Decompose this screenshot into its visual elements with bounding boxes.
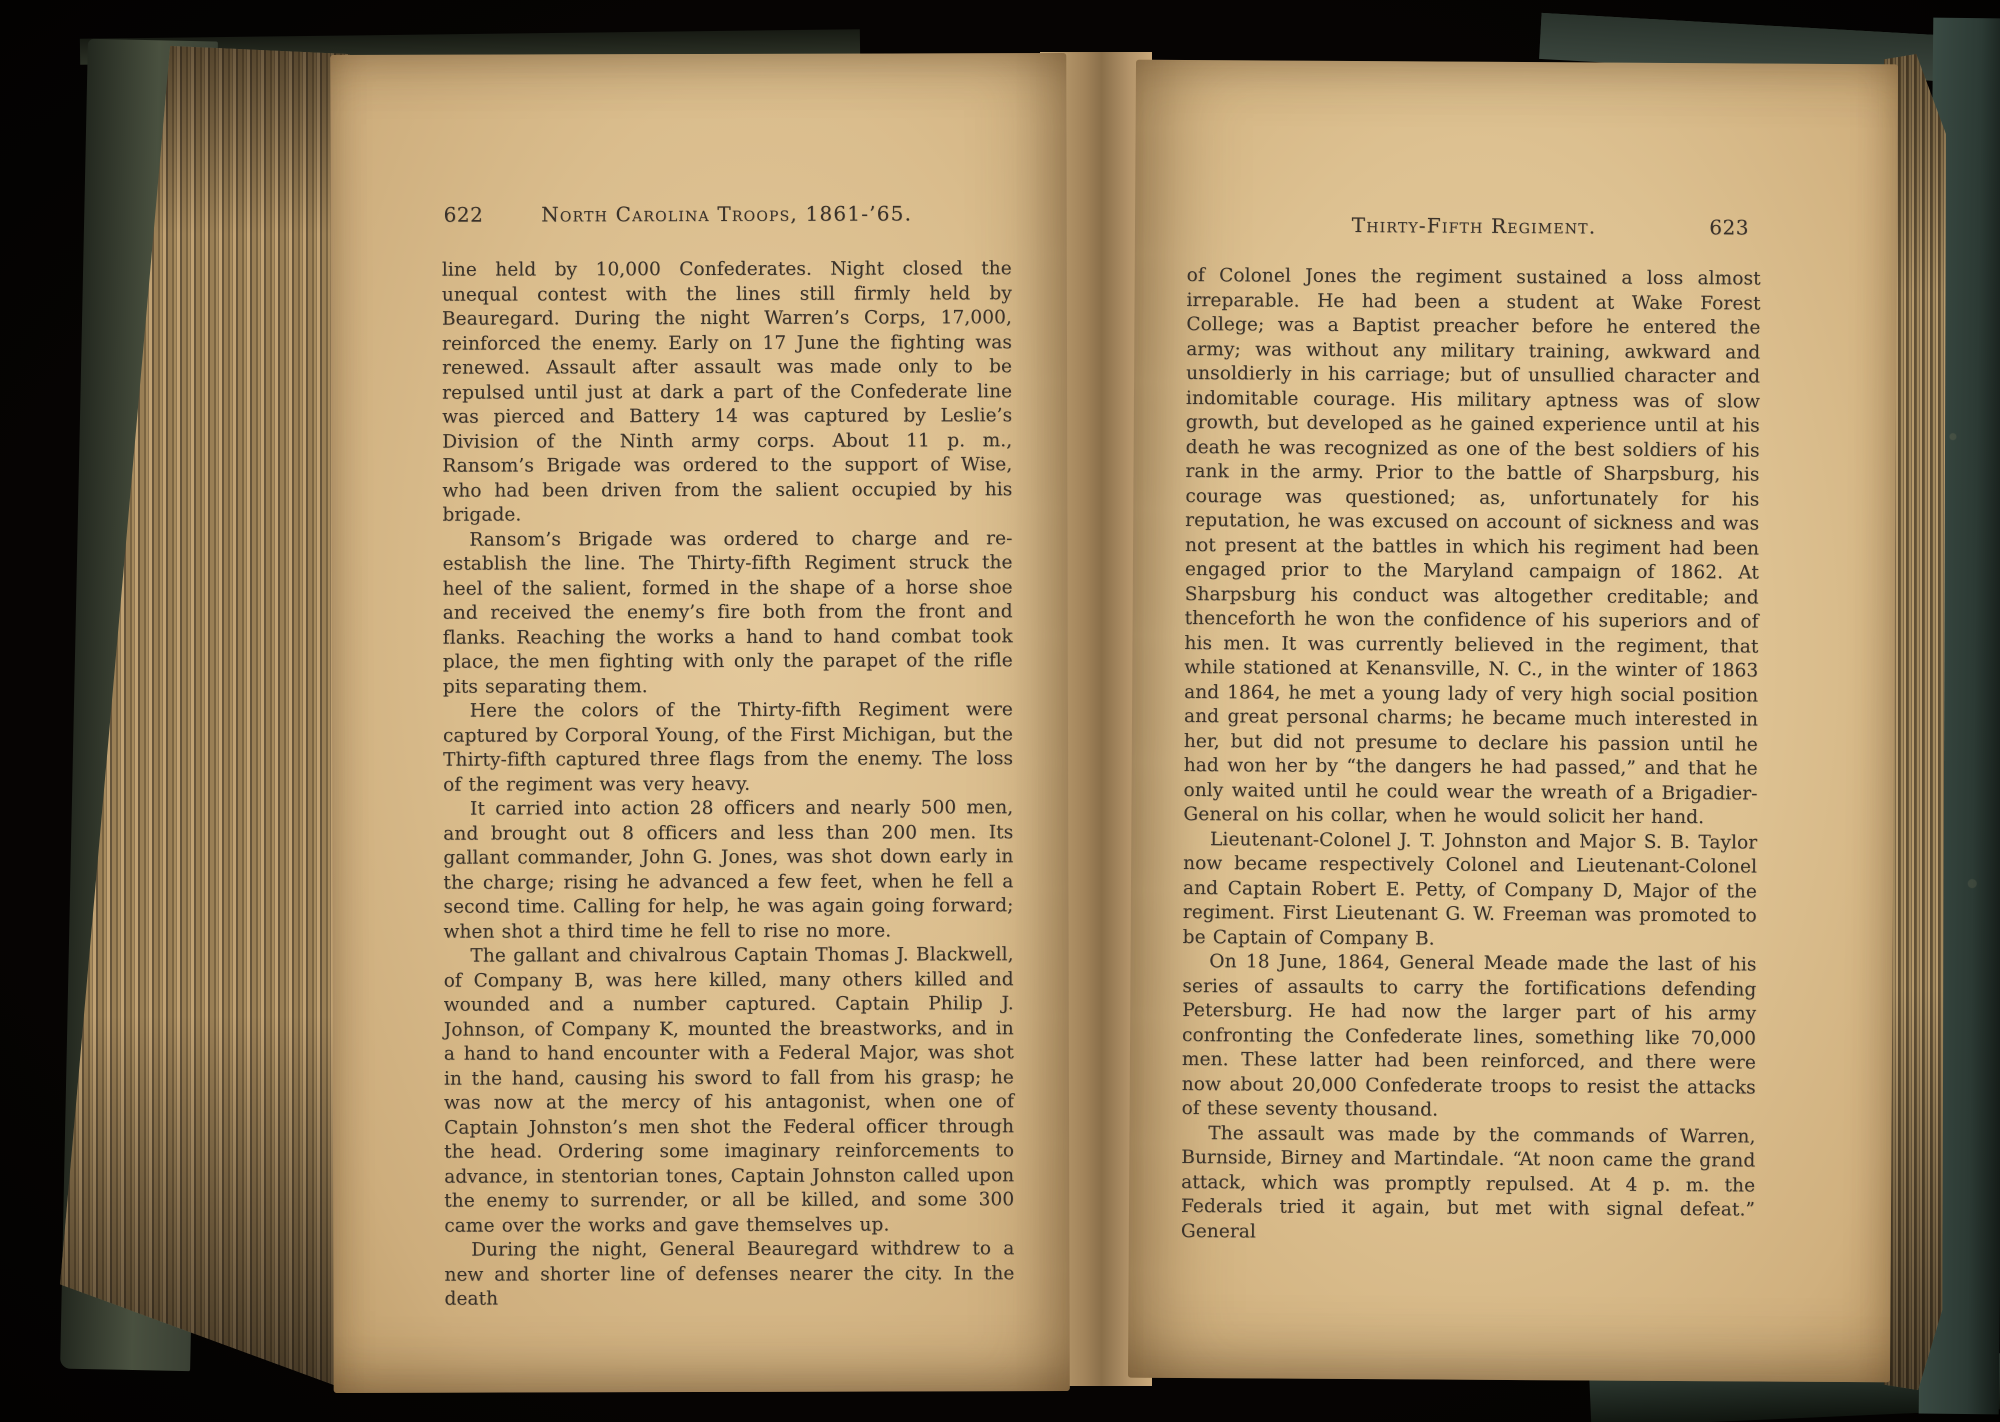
book-photo-scene: 622 North Carolina Troops, 1861-’65. lin…	[0, 0, 2000, 1422]
running-title-left: North Carolina Troops, 1861-’65.	[442, 201, 1012, 226]
paragraph: of Colonel Jones the regiment sustained …	[1183, 264, 1760, 831]
page-number-623: 623	[1709, 215, 1749, 239]
paragraph: On 18 June, 1864, General Meade made the…	[1182, 950, 1757, 1125]
paragraph: Here the colors of the Thirty-fifth Regi…	[443, 698, 1013, 797]
book-page-right: Thirty-Fifth Regiment. 623 of Colonel Jo…	[1128, 60, 1898, 1383]
paragraph: The assault was made by the commands of …	[1181, 1121, 1756, 1247]
paragraph: It carried into action 28 officers and n…	[443, 796, 1013, 944]
paragraph: Lieutenant-Colonel J. T. Johnston and Ma…	[1183, 827, 1758, 953]
paragraph: Ransom’s Brigade was ordered to charge a…	[442, 527, 1012, 700]
page-header-left: 622 North Carolina Troops, 1861-’65.	[442, 201, 1012, 232]
book-page-left: 622 North Carolina Troops, 1861-’65. lin…	[330, 53, 1070, 1393]
paragraph: During the night, General Beauregard wit…	[444, 1237, 1014, 1312]
running-title-right: Thirty-Fifth Regiment.	[1187, 212, 1761, 240]
page-header-right: Thirty-Fifth Regiment. 623	[1187, 212, 1761, 246]
page-body-left: line held by 10,000 Confederates. Night …	[442, 257, 1015, 1312]
paragraph: line held by 10,000 Confederates. Night …	[442, 257, 1013, 528]
page-body-right: of Colonel Jones the regiment sustained …	[1181, 264, 1761, 1247]
paragraph: The gallant and chivalrous Captain Thoma…	[444, 943, 1015, 1238]
